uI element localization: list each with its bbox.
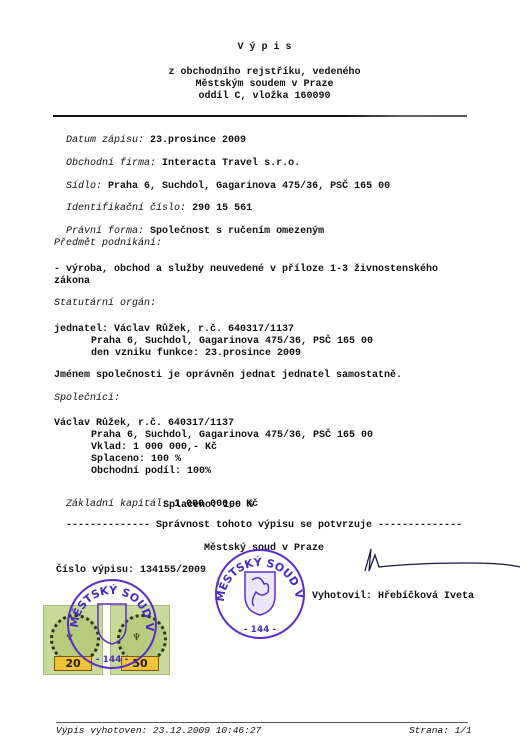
field-label: Identifikační číslo: bbox=[66, 203, 186, 214]
spolecnici-label: Společníci: bbox=[54, 393, 120, 404]
field-label: Datum zápisu: bbox=[66, 135, 144, 146]
field-label: Právní forma: bbox=[66, 226, 144, 237]
court-seal-right: MĚSTSKÝ SOUD V PRAZE - 144 - bbox=[212, 546, 308, 642]
court-seal-left: MĚSTSKÝ SOUD V PRAZE - 144 - bbox=[64, 576, 160, 672]
field-pravni-forma: Právní forma: Společnost s ručením omeze… bbox=[54, 215, 324, 237]
field-datum-zapisu: Datum zápisu: 23.prosince 2009 bbox=[54, 124, 246, 146]
field-label: Sídlo: bbox=[66, 181, 102, 192]
field-value: Společnost s ručením omezeným bbox=[150, 226, 324, 237]
footer-page: Strana: 1/1 bbox=[409, 725, 472, 736]
subtitle-line-3: oddíl C, vložka 160090 bbox=[0, 91, 529, 102]
footer-generated: Výpis vyhotoven: 23.12.2009 10:46:27 bbox=[56, 725, 261, 736]
statutarni-line-2: Praha 6, Suchdol, Gagarinova 475/36, PSČ… bbox=[91, 336, 373, 347]
field-sidlo: Sídlo: Praha 6, Suchdol, Gagarinova 475/… bbox=[54, 170, 390, 192]
spolecnik-podil: Obchodní podíl: 100% bbox=[91, 466, 211, 477]
spolecnik-splaceno: Splaceno: 100 % bbox=[91, 454, 181, 465]
seal-number: - 144 - bbox=[96, 655, 129, 665]
predmet-line-2: zákona bbox=[54, 276, 90, 287]
signature bbox=[355, 545, 525, 575]
coat-of-arms-icon bbox=[98, 604, 126, 644]
field-value: 23.prosince 2009 bbox=[150, 135, 246, 146]
jednani-text: Jménem společnosti je oprávněn jednat je… bbox=[54, 370, 402, 381]
footer-divider bbox=[56, 722, 468, 723]
document-title: V ý p i s bbox=[0, 42, 529, 53]
spolecnik-vklad: Vklad: 1 000 000,- Kč bbox=[91, 442, 217, 453]
spolecnik-name: Václav Růžek, r.č. 640317/1137 bbox=[54, 418, 234, 429]
field-ico: Identifikační číslo: 290 15 561 bbox=[54, 192, 252, 214]
vyhotovil: Vyhotovil: Hřebíčková Iveta bbox=[312, 591, 474, 602]
kapital-label: Základní kapitál: bbox=[66, 499, 168, 510]
cislo-vypisu: Číslo výpisu: 134155/2009 bbox=[56, 565, 206, 576]
field-value: 290 15 561 bbox=[192, 203, 252, 214]
field-value: Interacta Travel s.r.o. bbox=[162, 158, 300, 169]
statutarni-line-1: jednatel: Václav Růžek, r.č. 640317/1137 bbox=[54, 324, 294, 335]
spolecnik-address: Praha 6, Suchdol, Gagarinova 475/36, PSČ… bbox=[91, 430, 373, 441]
predmet-line-1: - výroba, obchod a služby neuvedené v př… bbox=[54, 264, 438, 275]
field-label: Obchodní firma: bbox=[66, 158, 156, 169]
seal-number: - 144 - bbox=[244, 625, 277, 635]
field-value: Praha 6, Suchdol, Gagarinova 475/36, PSČ… bbox=[108, 181, 390, 192]
subtitle-line-2: Městským soudem v Praze bbox=[0, 79, 529, 90]
predmet-label: Předmět podnikání: bbox=[54, 238, 162, 249]
field-obchodni-firma: Obchodní firma: Interacta Travel s.r.o. bbox=[54, 147, 300, 169]
statutarni-line-3: den vzniku funkce: 23.prosince 2009 bbox=[91, 348, 301, 359]
subtitle-line-1: z obchodního rejstříku, vedeného bbox=[0, 67, 529, 78]
kapital-splaceno: Splaceno: 100 % bbox=[163, 500, 253, 511]
statutarni-label: Statutární orgán: bbox=[54, 298, 156, 309]
header-divider bbox=[53, 115, 467, 117]
certification-line: -------------- Správnost tohoto výpisu s… bbox=[66, 520, 462, 531]
